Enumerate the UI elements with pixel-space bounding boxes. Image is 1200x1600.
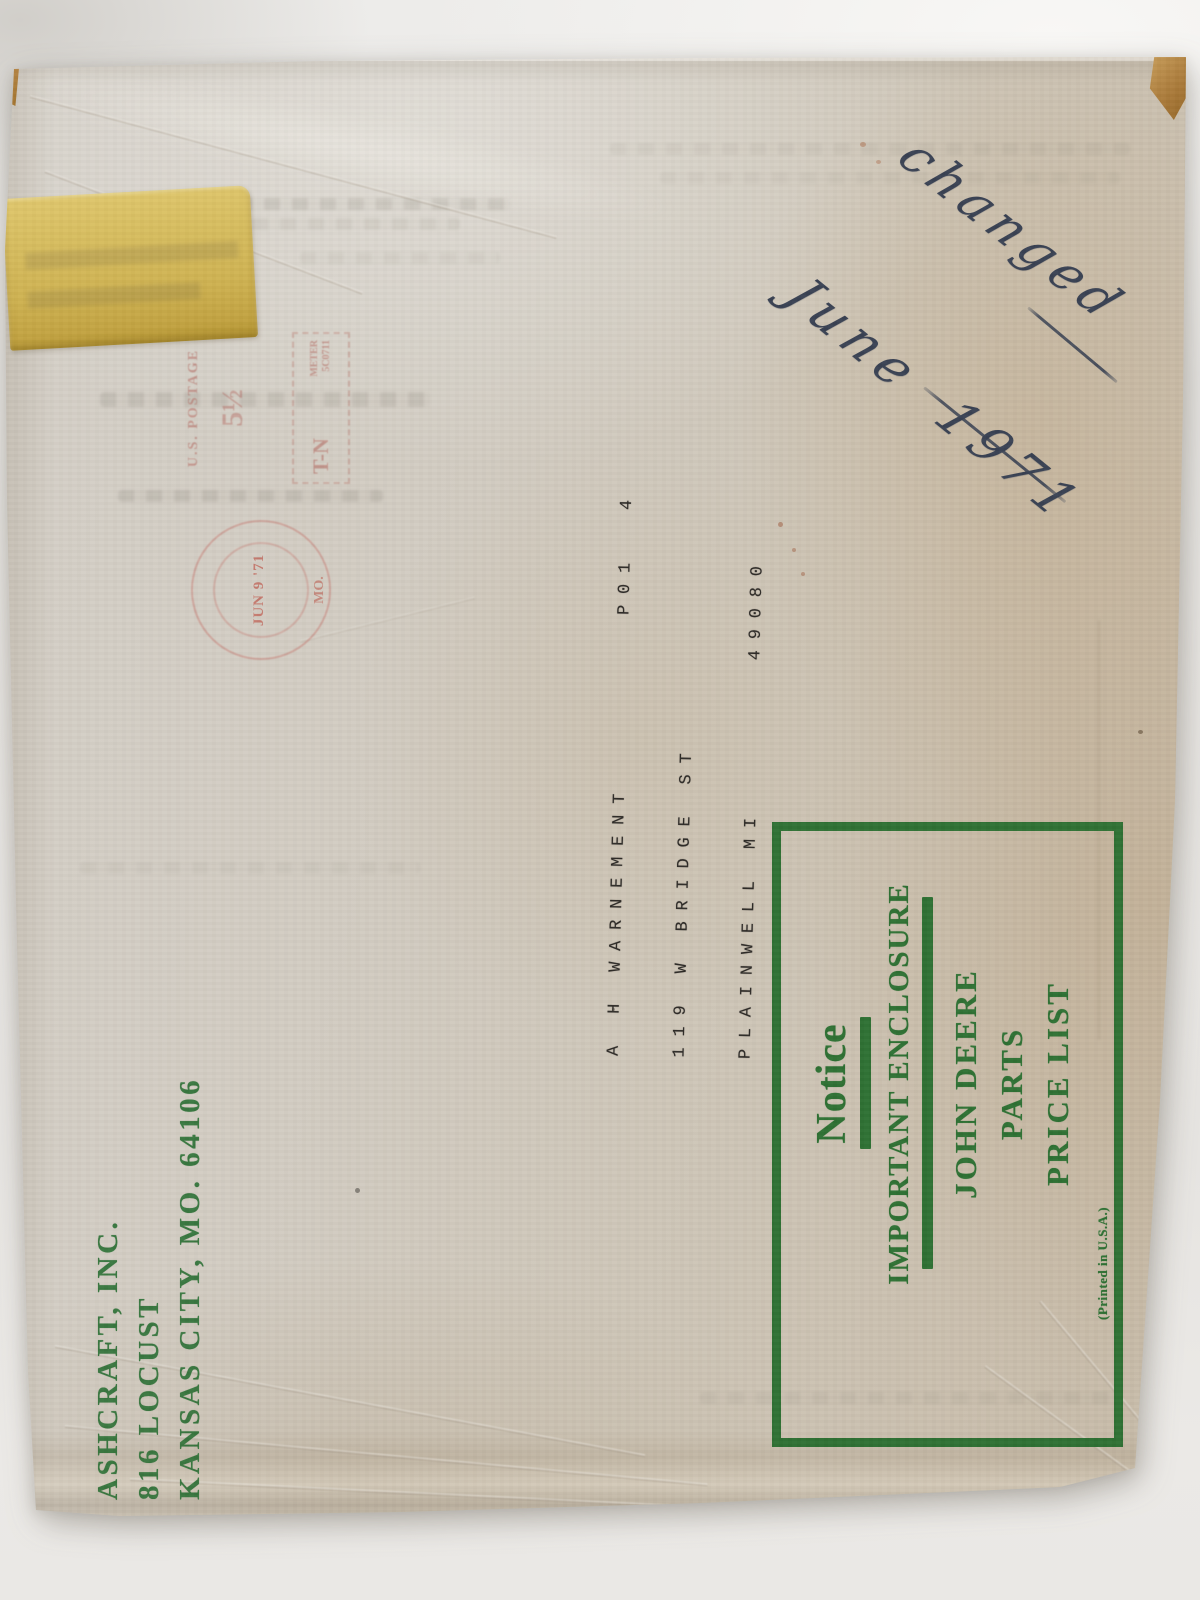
- notice-box: Notice IMPORTANT ENCLOSURE JOHN DEERE PA…: [772, 822, 1123, 1447]
- masking-tape: [2, 185, 258, 351]
- meter-code-box: T-N METER 5C0711: [292, 332, 350, 484]
- meter-code-tn: T-N: [308, 438, 334, 474]
- tape-smudge: [25, 241, 239, 270]
- tape-smudge: [27, 282, 201, 309]
- meter-number: 5C0711: [321, 340, 332, 372]
- return-address-line-2: 816 LOCUST: [129, 1075, 170, 1500]
- rust-speck: [876, 160, 881, 164]
- meter-amount: 5½: [216, 328, 250, 488]
- meter-number-block: METER 5C0711: [309, 340, 333, 377]
- handwriting-word-june-1971: June 1971: [771, 269, 1096, 533]
- address-line-3: PLAINWELL MI 49080: [736, 492, 772, 1059]
- showthrough-streak: [610, 143, 1130, 155]
- address-line-1: A H WARNEMENT P01 4: [604, 489, 640, 1056]
- postmark-date: JUN 9 '71: [251, 520, 268, 660]
- notice-footnote: (Printed in U.S.A.): [1095, 1207, 1111, 1320]
- showthrough-streak: [118, 490, 383, 502]
- ink-speck: [1138, 730, 1143, 734]
- showthrough-streak: [80, 862, 420, 874]
- address-line-2: 119 W BRIDGE ST: [670, 490, 706, 1057]
- postage-meter-stamp: U.S. POSTAGE 5½ T-N METER 5C0711: [184, 328, 352, 488]
- typed-recipient-address: A H WARNEMENT P01 4 119 W BRIDGE ST PLAI…: [560, 488, 642, 1056]
- handwriting-word-changed: changed: [885, 130, 1139, 331]
- notice-subtitle: IMPORTANT ENCLOSURE: [884, 882, 916, 1284]
- photo-backdrop: U.S. POSTAGE 5½ T-N METER 5C0711 JUN 9 '…: [0, 0, 1200, 1600]
- ink-speck: [355, 1188, 360, 1193]
- notice-line-parts: PARTS: [995, 1027, 1029, 1140]
- rust-speck: [860, 142, 866, 147]
- postmark-state: MO.: [312, 520, 328, 660]
- notice-line-john-deere: JOHN DEERE: [949, 968, 983, 1199]
- showthrough-streak: [300, 252, 500, 264]
- meter-postage-label: U.S. POSTAGE: [186, 328, 202, 488]
- return-address-line-3: KANSAS CITY, MO. 64106: [170, 1075, 211, 1500]
- notice-title: Notice: [809, 1023, 855, 1143]
- return-address-line-1: ASHCRAFT, INC.: [88, 1075, 129, 1500]
- notice-line-price-list: PRICE LIST: [1041, 981, 1075, 1186]
- meter-label: METER: [309, 340, 320, 377]
- envelope: U.S. POSTAGE 5½ T-N METER 5C0711 JUN 9 '…: [0, 0, 1200, 1600]
- showthrough-streak: [660, 172, 1120, 184]
- return-address: ASHCRAFT, INC. 816 LOCUST KANSAS CITY, M…: [88, 1075, 215, 1500]
- notice-title-underline: [860, 1018, 871, 1150]
- notice-subtitle-underline: [922, 898, 933, 1270]
- circular-postmark: JUN 9 '71 MO.: [191, 520, 331, 660]
